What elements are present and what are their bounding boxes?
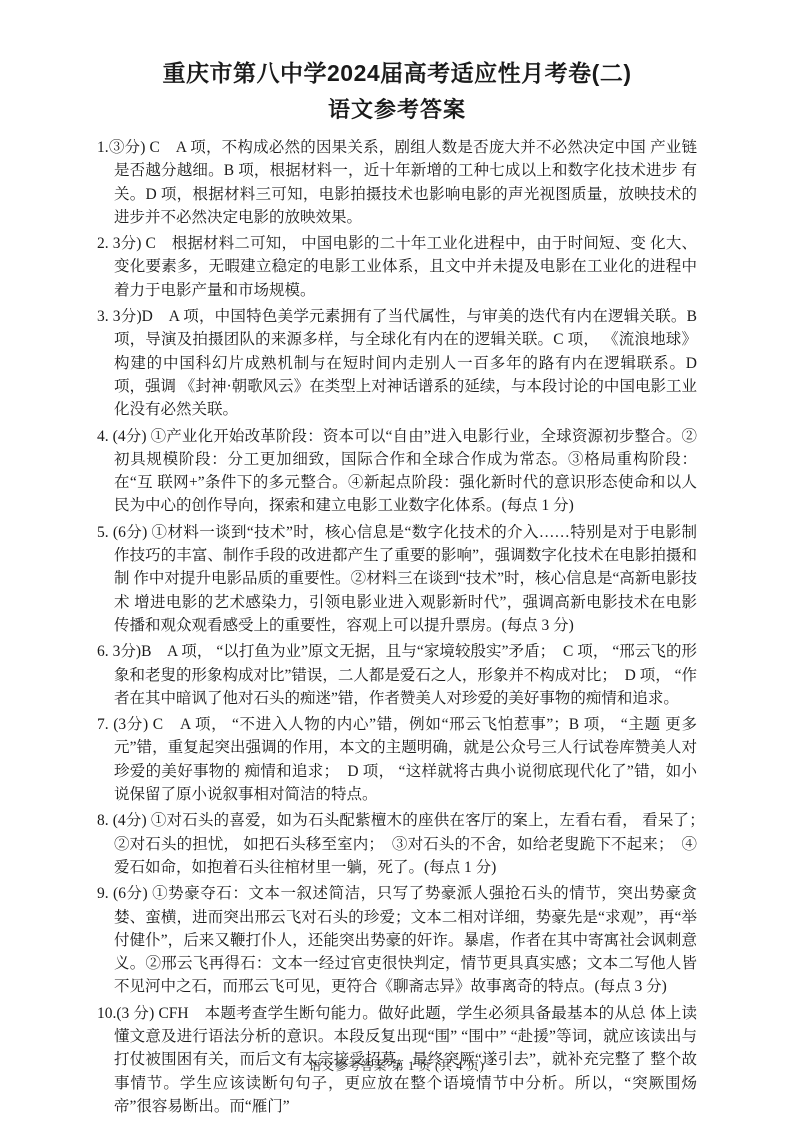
item-number: 1. xyxy=(97,139,109,156)
answer-item-3: 3. 3分)D A 项，中国特色美学元素拥有了当代属性，与审美的迭代有内在逻辑关… xyxy=(97,305,697,421)
item-text: 3分)D A 项，中国特色美学元素拥有了当代属性，与审美的迭代有内在逻辑关联。B… xyxy=(113,308,697,418)
answer-item-8: 8. (4分) ①对石头的喜爱，如为石头配紫檀木的座供在客厅的案上，左看右看， … xyxy=(97,809,697,879)
item-text: (6分) ①材料一谈到“技术”时，核心信息是“数字化技术的介入……特别是对于电影… xyxy=(113,524,697,634)
item-number: 3. xyxy=(97,308,109,325)
item-number: 2. xyxy=(97,235,109,252)
answer-item-1: 1.③分) C A 项，不构成必然的因果关系，剧组人数是否庞大并不必然决定中国 … xyxy=(97,136,697,229)
item-number: 6. xyxy=(97,643,109,660)
answer-item-4: 4. (4分) ①产业化开始改革阶段：资本可以“自由”进入电影行业，全球资源初步… xyxy=(97,425,697,518)
item-number: 4. xyxy=(97,428,109,445)
item-number: 8. xyxy=(97,812,109,829)
document-page: 重庆市第八中学2024届高考适应性月考卷(二) 语文参考答案 1.③分) C A… xyxy=(0,0,793,1121)
answers-subtitle: 语文参考答案 xyxy=(97,96,697,124)
answers-list: 1.③分) C A 项，不构成必然的因果关系，剧组人数是否庞大并不必然决定中国 … xyxy=(97,136,697,1118)
item-text: (6分) ①势豪夺石：文本一叙述简洁，只写了势豪派人强抢石头的情节，突出势豪贪婪… xyxy=(113,885,697,995)
item-text: (3分) C A 项， “不进入人物的内心”错，例如“邢云飞怕惹事”；B 项， … xyxy=(113,716,697,803)
item-text: 3分)B A 项， “以打鱼为业”原文无据，且与“家境较殷实”矛盾； C 项， … xyxy=(113,643,697,707)
exam-title: 重庆市第八中学2024届高考适应性月考卷(二) xyxy=(97,58,697,88)
item-text: (4分) ①对石头的喜爱，如为石头配紫檀木的座供在客厅的案上，左看右看， 看呆了… xyxy=(113,812,713,876)
answer-item-7: 7. (3分) C A 项， “不进入人物的内心”错，例如“邢云飞怕惹事”；B … xyxy=(97,713,697,806)
item-number: 7. xyxy=(97,716,109,733)
answer-item-2: 2. 3分) C 根据材料二可知， 中国电影的二十年工业化进程中，由于时间短、变… xyxy=(97,232,697,302)
answer-item-9: 9. (6分) ①势豪夺石：文本一叙述简洁，只写了势豪派人强抢石头的情节，突出势… xyxy=(97,882,697,998)
page-footer: 语文参考答案·第 1 页 (共 4 页) xyxy=(0,1056,793,1074)
item-number: 5. xyxy=(97,524,109,541)
item-number: 10. xyxy=(97,1005,116,1022)
item-text: (4分) ①产业化开始改革阶段：资本可以“自由”进入电影行业，全球资源初步整合。… xyxy=(113,428,697,515)
item-text: 3分) C 根据材料二可知， 中国电影的二十年工业化进程中，由于时间短、变 化大… xyxy=(113,235,697,299)
answer-item-5: 5. (6分) ①材料一谈到“技术”时，核心信息是“数字化技术的介入……特别是对… xyxy=(97,521,697,637)
item-number: 9. xyxy=(97,885,109,902)
item-text: ③分) C A 项，不构成必然的因果关系，剧组人数是否庞大并不必然决定中国 产业… xyxy=(109,139,697,226)
answer-item-6: 6. 3分)B A 项， “以打鱼为业”原文无据，且与“家境较殷实”矛盾； C … xyxy=(97,640,697,710)
